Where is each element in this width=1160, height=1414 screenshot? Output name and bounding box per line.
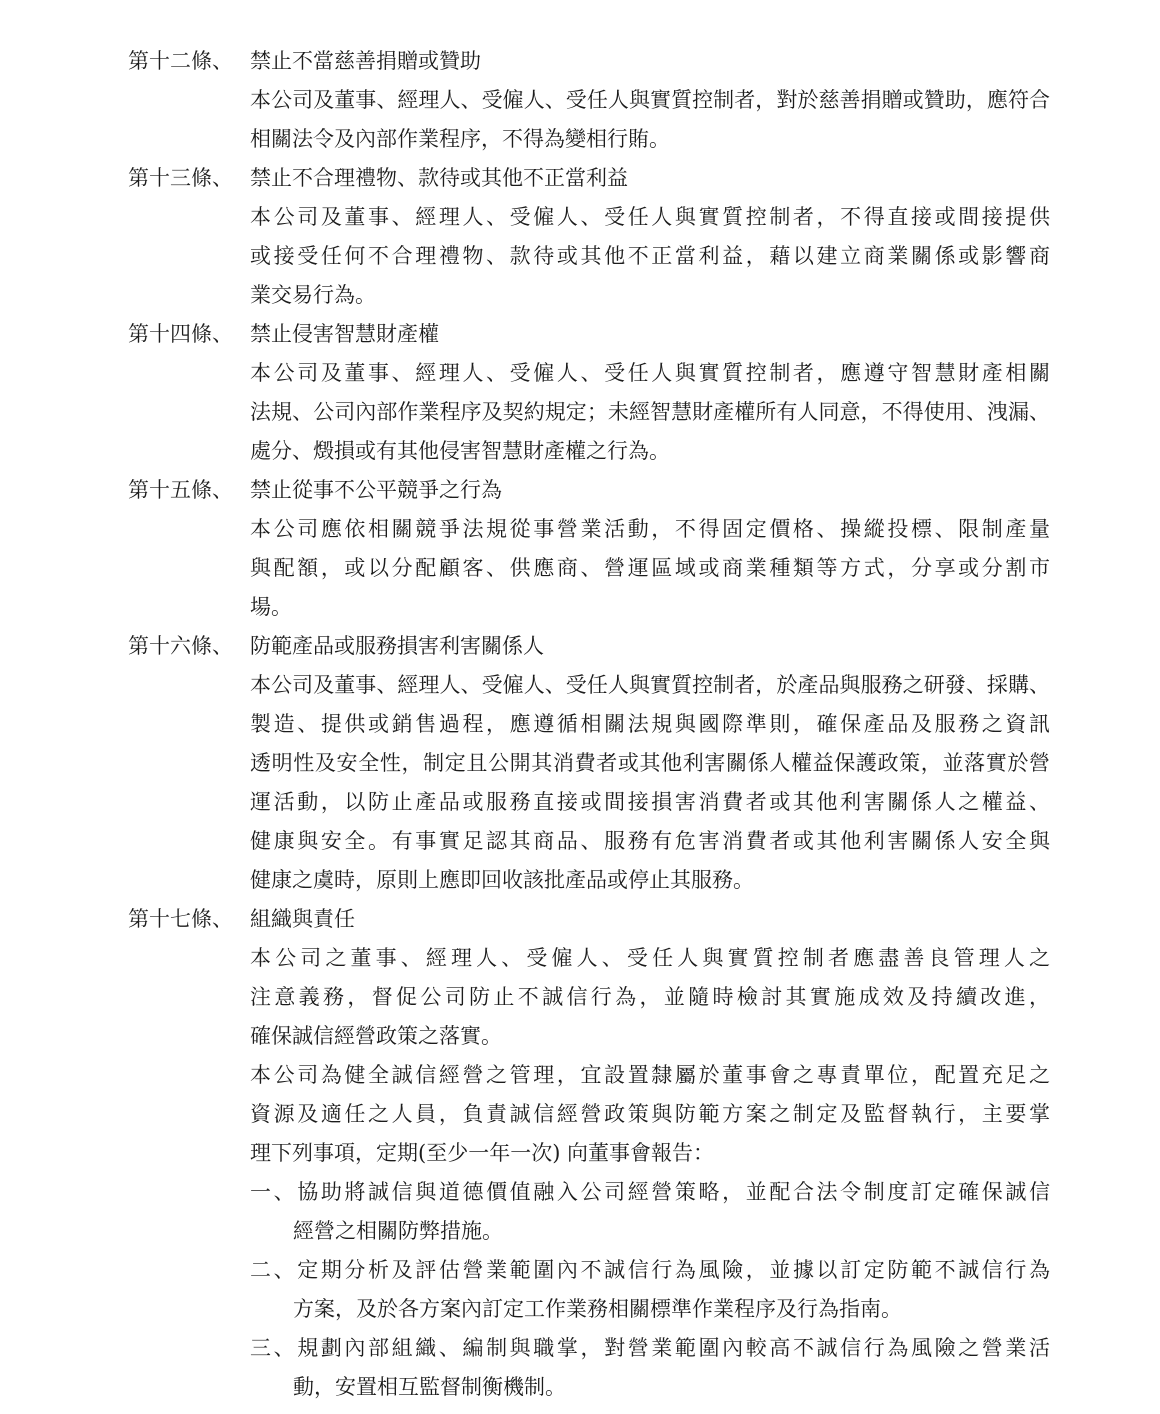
paragraph-line: 運活動，以防止產品或服務直接或間接損害消費者或其他利害關係人之權益、 (250, 783, 1050, 822)
articles-container: 第十二條、 禁止不當慈善捐贈或贊助 本公司及董事、經理人、受僱人、受任人與實質控… (128, 42, 1050, 1407)
article-number: 第十三條、 (128, 159, 250, 315)
paragraph-line: 本公司及董事、經理人、受僱人、受任人與實質控制者，應遵守智慧財產相關 (250, 354, 1050, 393)
list-item-text: 規劃內部組織、編制與職掌，對營業範圍內較高不誠信行為風險之營業活 (297, 1336, 1050, 1360)
list-item: 二、定期分析及評估營業範圍內不誠信行為風險，並據以訂定防範不誠信行為方案，及於各… (250, 1251, 1050, 1329)
paragraph-line: 本公司及董事、經理人、受僱人、受任人與實質控制者，於產品與服務之研發、採購、 (250, 666, 1050, 705)
article-title: 禁止不合理禮物、款待或其他不正當利益 (250, 159, 1050, 198)
document-page: 第十二條、 禁止不當慈善捐贈或贊助 本公司及董事、經理人、受僱人、受任人與實質控… (0, 0, 1160, 1414)
list-item-line: 動，安置相互監督制衡機制。 (293, 1368, 1050, 1407)
paragraph-line: 理下列事項，定期(至少一年一次) 向董事會報告： (250, 1134, 1050, 1173)
article-body: 禁止侵害智慧財產權 本公司及董事、經理人、受僱人、受任人與實質控制者，應遵守智慧… (250, 315, 1050, 471)
article-title: 禁止從事不公平競爭之行為 (250, 471, 1050, 510)
article-title: 組織與責任 (250, 900, 1050, 939)
article: 第十五條、 禁止從事不公平競爭之行為 本公司應依相關競爭法規從事營業活動，不得固… (128, 471, 1050, 627)
list-item-text: 定期分析及評估營業範圍內不誠信行為風險，並據以訂定防範不誠信行為 (297, 1258, 1050, 1282)
paragraph-line: 法規、公司內部作業程序及契約規定；未經智慧財產權所有人同意，不得使用、洩漏、 (250, 393, 1050, 432)
article: 第十四條、 禁止侵害智慧財產權 本公司及董事、經理人、受僱人、受任人與實質控制者… (128, 315, 1050, 471)
paragraph-line: 本公司及董事、經理人、受僱人、受任人與實質控制者，對於慈善捐贈或贊助，應符合 (250, 81, 1050, 120)
list-item-line: 經營之相關防弊措施。 (293, 1212, 1050, 1251)
list-item-marker: 二、 (250, 1258, 297, 1282)
article: 第十七條、 組織與責任 本公司之董事、經理人、受僱人、受任人與實質控制者應盡善良… (128, 900, 1050, 1407)
article-number: 第十七條、 (128, 900, 250, 1407)
paragraph-line: 本公司之董事、經理人、受僱人、受任人與實質控制者應盡善良管理人之 (250, 939, 1050, 978)
article-paragraph: 本公司及董事、經理人、受僱人、受任人與實質控制者，不得直接或間接提供或接受任何不… (250, 198, 1050, 315)
list-item-marker: 一、 (250, 1180, 297, 1204)
article-paragraph: 本公司之董事、經理人、受僱人、受任人與實質控制者應盡善良管理人之注意義務，督促公… (250, 939, 1050, 1056)
article-number: 第十六條、 (128, 627, 250, 900)
article-number: 第十五條、 (128, 471, 250, 627)
article-body: 防範產品或服務損害利害關係人 本公司及董事、經理人、受僱人、受任人與實質控制者，… (250, 627, 1050, 900)
paragraph-line: 本公司應依相關競爭法規從事營業活動，不得固定價格、操縱投標、限制產量 (250, 510, 1050, 549)
article: 第十三條、 禁止不合理禮物、款待或其他不正當利益 本公司及董事、經理人、受僱人、… (128, 159, 1050, 315)
list-item-marker: 三、 (250, 1336, 297, 1360)
paragraph-line: 與配額，或以分配顧客、供應商、營運區域或商業種類等方式，分享或分割市 (250, 549, 1050, 588)
list-item-text: 協助將誠信與道德價值融入公司經營策略，並配合法令制度訂定確保誠信 (297, 1180, 1050, 1204)
paragraph-line: 業交易行為。 (250, 276, 1050, 315)
article-body: 禁止不合理禮物、款待或其他不正當利益 本公司及董事、經理人、受僱人、受任人與實質… (250, 159, 1050, 315)
article-paragraph: 本公司為健全誠信經營之管理，宜設置隸屬於董事會之專責單位，配置充足之資源及適任之… (250, 1056, 1050, 1173)
list-item-line: 三、規劃內部組織、編制與職掌，對營業範圍內較高不誠信行為風險之營業活 (250, 1329, 1050, 1368)
paragraph-line: 健康與安全。有事實足認其商品、服務有危害消費者或其他利害關係人安全與 (250, 822, 1050, 861)
article-paragraph: 本公司及董事、經理人、受僱人、受任人與實質控制者，對於慈善捐贈或贊助，應符合相關… (250, 81, 1050, 159)
paragraph-line: 健康之虞時，原則上應即回收該批產品或停止其服務。 (250, 861, 1050, 900)
list-item-line: 二、定期分析及評估營業範圍內不誠信行為風險，並據以訂定防範不誠信行為 (250, 1251, 1050, 1290)
article: 第十六條、 防範產品或服務損害利害關係人 本公司及董事、經理人、受僱人、受任人與… (128, 627, 1050, 900)
article-title: 禁止侵害智慧財產權 (250, 315, 1050, 354)
list-item: 三、規劃內部組織、編制與職掌，對營業範圍內較高不誠信行為風險之營業活動，安置相互… (250, 1329, 1050, 1407)
article-body: 禁止不當慈善捐贈或贊助 本公司及董事、經理人、受僱人、受任人與實質控制者，對於慈… (250, 42, 1050, 159)
article-title: 防範產品或服務損害利害關係人 (250, 627, 1050, 666)
article-body: 組織與責任 本公司之董事、經理人、受僱人、受任人與實質控制者應盡善良管理人之注意… (250, 900, 1050, 1407)
paragraph-line: 相關法令及內部作業程序，不得為變相行賄。 (250, 120, 1050, 159)
article-paragraph: 本公司應依相關競爭法規從事營業活動，不得固定價格、操縱投標、限制產量與配額，或以… (250, 510, 1050, 627)
paragraph-line: 確保誠信經營政策之落實。 (250, 1017, 1050, 1056)
paragraph-line: 本公司及董事、經理人、受僱人、受任人與實質控制者，不得直接或間接提供 (250, 198, 1050, 237)
paragraph-line: 資源及適任之人員，負責誠信經營政策與防範方案之制定及監督執行，主要掌 (250, 1095, 1050, 1134)
paragraph-line: 處分、燬損或有其他侵害智慧財產權之行為。 (250, 432, 1050, 471)
paragraph-line: 透明性及安全性，制定且公開其消費者或其他利害關係人權益保護政策，並落實於營 (250, 744, 1050, 783)
article: 第十二條、 禁止不當慈善捐贈或贊助 本公司及董事、經理人、受僱人、受任人與實質控… (128, 42, 1050, 159)
article-title: 禁止不當慈善捐贈或贊助 (250, 42, 1050, 81)
list-item-line: 方案，及於各方案內訂定工作業務相關標準作業程序及行為指南。 (293, 1290, 1050, 1329)
list-item-line: 一、協助將誠信與道德價值融入公司經營策略，並配合法令制度訂定確保誠信 (250, 1173, 1050, 1212)
paragraph-line: 製造、提供或銷售過程，應遵循相關法規與國際準則，確保產品及服務之資訊 (250, 705, 1050, 744)
article-body: 禁止從事不公平競爭之行為 本公司應依相關競爭法規從事營業活動，不得固定價格、操縱… (250, 471, 1050, 627)
paragraph-line: 本公司為健全誠信經營之管理，宜設置隸屬於董事會之專責單位，配置充足之 (250, 1056, 1050, 1095)
article-number: 第十二條、 (128, 42, 250, 159)
list-item: 一、協助將誠信與道德價值融入公司經營策略，並配合法令制度訂定確保誠信經營之相關防… (250, 1173, 1050, 1251)
article-number: 第十四條、 (128, 315, 250, 471)
article-paragraph: 本公司及董事、經理人、受僱人、受任人與實質控制者，於產品與服務之研發、採購、製造… (250, 666, 1050, 900)
paragraph-line: 注意義務，督促公司防止不誠信行為，並隨時檢討其實施成效及持續改進， (250, 978, 1050, 1017)
paragraph-line: 或接受任何不合理禮物、款待或其他不正當利益，藉以建立商業關係或影響商 (250, 237, 1050, 276)
article-paragraph: 本公司及董事、經理人、受僱人、受任人與實質控制者，應遵守智慧財產相關法規、公司內… (250, 354, 1050, 471)
paragraph-line: 場。 (250, 588, 1050, 627)
